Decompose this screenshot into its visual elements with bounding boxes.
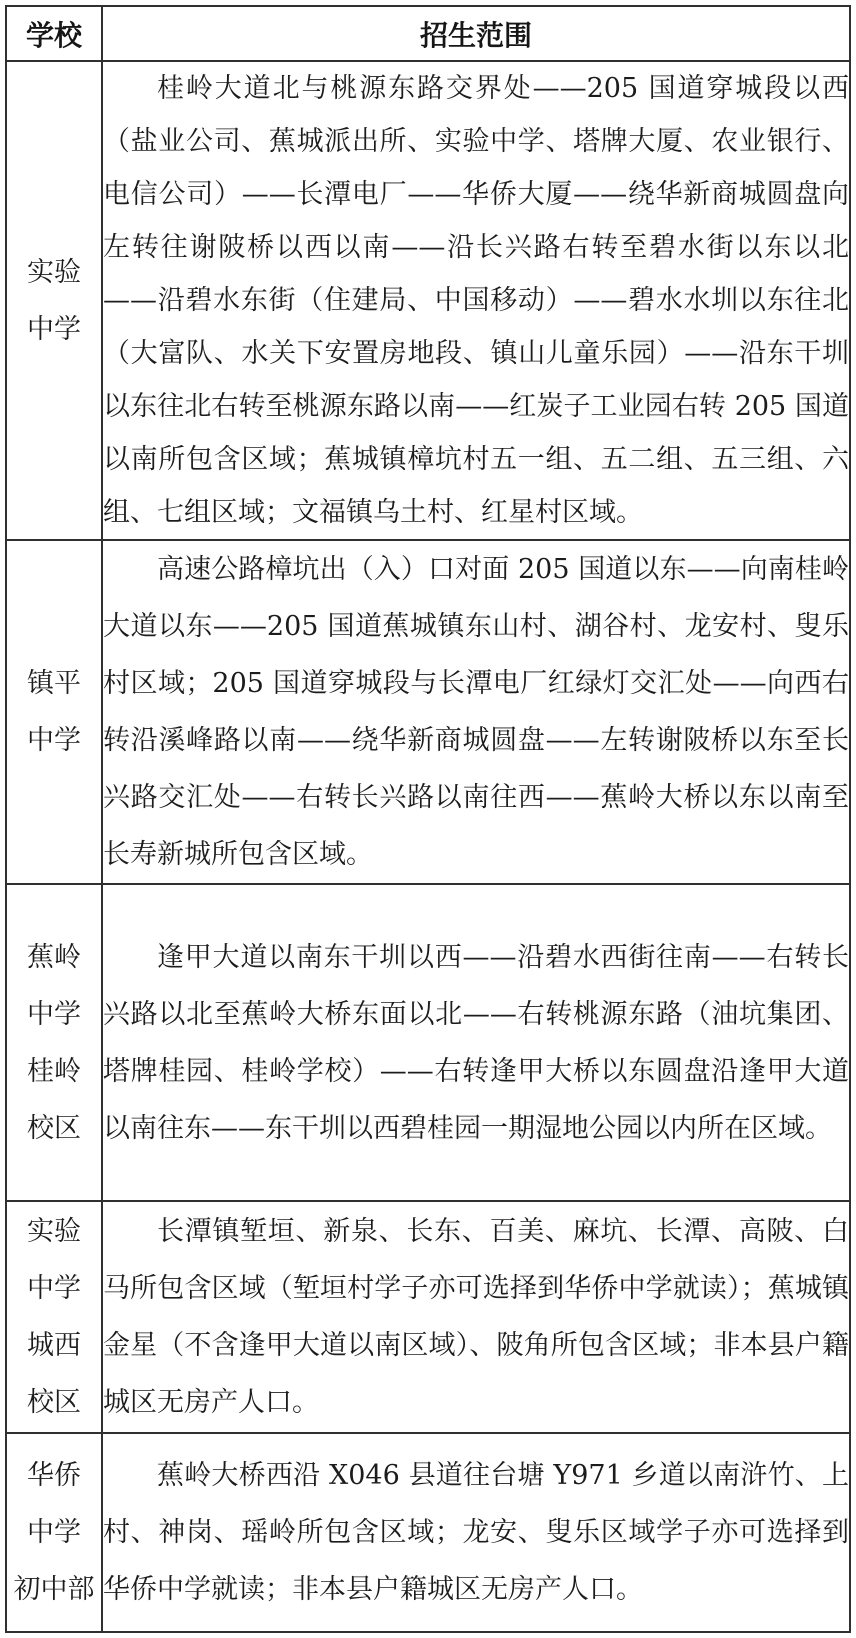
range-cell: 高速公路樟坑出（入）口对面 205 国道以东——向南桂岭大道以东——205 国道… xyxy=(102,540,850,884)
school-cell: 实验 中学 城西 校区 xyxy=(6,1201,102,1433)
range-cell: 逢甲大道以南东干圳以西——沿碧水西街往南——右转长兴路以北至蕉岭大桥东面以北——… xyxy=(102,884,850,1201)
enrollment-table: 学校 招生范围 实验 中学 桂岭大道北与桃源东路交界处——205 国道穿城段以西… xyxy=(5,5,851,1633)
table-row: 镇平 中学 高速公路樟坑出（入）口对面 205 国道以东——向南桂岭大道以东——… xyxy=(6,540,850,884)
school-cell: 华侨 中学 初中部 xyxy=(6,1433,102,1632)
table-body: 实验 中学 桂岭大道北与桃源东路交界处——205 国道穿城段以西（盐业公司、蕉城… xyxy=(6,61,850,1632)
school-cell: 实验 中学 xyxy=(6,61,102,540)
range-text: 桂岭大道北与桃源东路交界处——205 国道穿城段以西（盐业公司、蕉城派出所、实验… xyxy=(103,62,849,539)
school-cell: 镇平 中学 xyxy=(6,540,102,884)
range-text: 蕉岭大桥西沿 X046 县道往台塘 Y971 乡道以南浒竹、上村、神岗、瑶岭所包… xyxy=(103,1447,849,1618)
header-row: 学校 招生范围 xyxy=(6,6,850,61)
range-cell: 桂岭大道北与桃源东路交界处——205 国道穿城段以西（盐业公司、蕉城派出所、实验… xyxy=(102,61,850,540)
school-cell: 蕉岭 中学 桂岭 校区 xyxy=(6,884,102,1201)
table-row: 实验 中学 桂岭大道北与桃源东路交界处——205 国道穿城段以西（盐业公司、蕉城… xyxy=(6,61,850,540)
enrollment-document: 学校 招生范围 实验 中学 桂岭大道北与桃源东路交界处——205 国道穿城段以西… xyxy=(0,0,856,1638)
header-school: 学校 xyxy=(6,6,102,61)
range-text: 高速公路樟坑出（入）口对面 205 国道以东——向南桂岭大道以东——205 国道… xyxy=(103,541,849,883)
table-row: 蕉岭 中学 桂岭 校区 逢甲大道以南东干圳以西——沿碧水西街往南——右转长兴路以… xyxy=(6,884,850,1201)
header-range: 招生范围 xyxy=(102,6,850,61)
range-text: 逢甲大道以南东干圳以西——沿碧水西街往南——右转长兴路以北至蕉岭大桥东面以北——… xyxy=(103,929,849,1157)
range-cell: 长潭镇堑垣、新泉、长东、百美、麻坑、长潭、高陂、白马所包含区域（堑垣村学子亦可选… xyxy=(102,1201,850,1433)
table-row: 实验 中学 城西 校区 长潭镇堑垣、新泉、长东、百美、麻坑、长潭、高陂、白马所包… xyxy=(6,1201,850,1433)
table-row: 华侨 中学 初中部 蕉岭大桥西沿 X046 县道往台塘 Y971 乡道以南浒竹、… xyxy=(6,1433,850,1632)
range-cell: 蕉岭大桥西沿 X046 县道往台塘 Y971 乡道以南浒竹、上村、神岗、瑶岭所包… xyxy=(102,1433,850,1632)
range-text: 长潭镇堑垣、新泉、长东、百美、麻坑、长潭、高陂、白马所包含区域（堑垣村学子亦可选… xyxy=(103,1203,849,1431)
table-header: 学校 招生范围 xyxy=(6,6,850,61)
